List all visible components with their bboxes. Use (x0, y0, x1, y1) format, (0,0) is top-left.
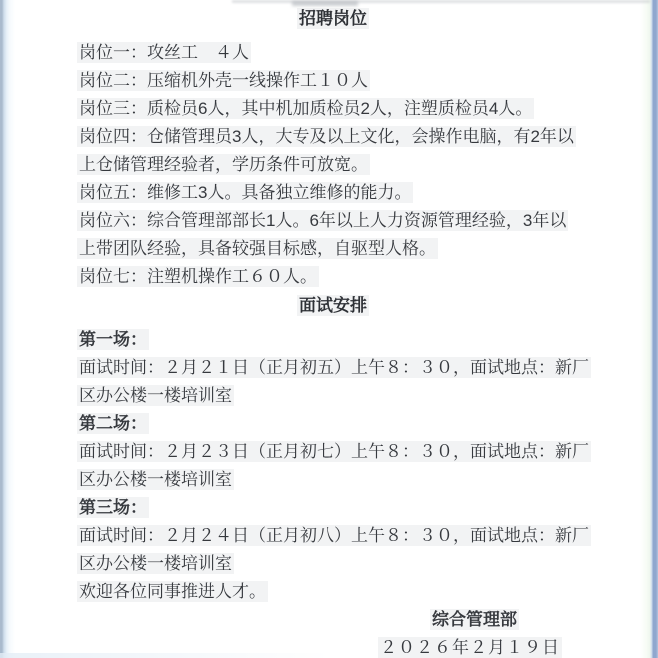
text-line-text: 岗位三：质检员6人，其中机加质检员2人，注塑质检员4人。 (77, 98, 534, 119)
text-line-text: 岗位二：压缩机外壳一线操作工１０人 (77, 70, 370, 91)
notice-document: 招聘岗位岗位一：攻丝工 ４人岗位二：压缩机外壳一线操作工１０人岗位三：质检员6人… (77, 4, 589, 658)
text-line-text: 岗位六：综合管理部部长1人。6年以上人力资源管理经验，3年以 (77, 210, 568, 231)
text-line-text: 区办公楼一楼培训室 (77, 385, 234, 406)
text-line-text: 岗位五：维修工3人。具备独立维修的能力。 (77, 182, 413, 203)
notice-screenshot: 招聘岗位岗位一：攻丝工 ４人岗位二：压缩机外壳一线操作工１０人岗位三：质检员6人… (0, 0, 658, 658)
text-line: 面试时间：２月２３日（正月初七）上午８：３０，面试地点：新厂 (77, 438, 589, 466)
text-line-text: 区办公楼一楼培训室 (77, 469, 234, 490)
text-line-text: 岗位七：注塑机操作工６０人。 (77, 266, 319, 287)
text-line-text: 面试时间：２月２１日（正月初五）上午８：３０，面试地点：新厂 (77, 357, 591, 378)
text-line-text: 岗位四：仓储管理员3人，大专及以上文化，会操作电脑，有2年以 (77, 126, 576, 147)
section-heading: 面试安排 (77, 291, 589, 321)
signature-date-text: ２０２６年２月１９日 (378, 637, 562, 658)
page-right-edge (640, 0, 658, 658)
text-line: 区办公楼一楼培训室 (77, 550, 589, 578)
text-line: 欢迎各位同事推进人才。 (77, 578, 589, 606)
section-heading: 招聘岗位 (77, 4, 589, 34)
section-heading-text: 面试安排 (297, 295, 369, 316)
text-line: 岗位六：综合管理部部长1人。6年以上人力资源管理经验，3年以 (77, 207, 589, 235)
session-label-text: 第一场： (77, 329, 149, 350)
text-line: 上仓储管理经验者，学历条件可放宽。 (77, 151, 589, 179)
text-line-text: 欢迎各位同事推进人才。 (77, 581, 268, 602)
session-label: 第一场： (77, 326, 589, 354)
text-line: 岗位三：质检员6人，其中机加质检员2人，注塑质检员4人。 (77, 95, 589, 123)
text-line-text: 上带团队经验，具备较强目标感，自驱型人格。 (77, 238, 438, 259)
page-left-edge (0, 0, 15, 658)
text-line: 岗位一：攻丝工 ４人 (77, 39, 589, 67)
text-line: 岗位四：仓储管理员3人，大专及以上文化，会操作电脑，有2年以 (77, 123, 589, 151)
text-line: 岗位二：压缩机外壳一线操作工１０人 (77, 67, 589, 95)
text-line: 岗位五：维修工3人。具备独立维修的能力。 (77, 179, 589, 207)
session-label-text: 第二场： (77, 413, 149, 434)
text-line: 面试时间：２月２１日（正月初五）上午８：３０，面试地点：新厂 (77, 354, 589, 382)
text-line: 上带团队经验，具备较强目标感，自驱型人格。 (77, 235, 589, 263)
text-line: 面试时间：２月２４日（正月初八）上午８：３０，面试地点：新厂 (77, 522, 589, 550)
text-line: 区办公楼一楼培训室 (77, 466, 589, 494)
text-line-text: 区办公楼一楼培训室 (77, 553, 234, 574)
text-line-text: 面试时间：２月２４日（正月初八）上午８：３０，面试地点：新厂 (77, 525, 591, 546)
session-label: 第三场： (77, 494, 589, 522)
signature-dept: 综合管理部 (77, 606, 589, 634)
text-line-text: 岗位一：攻丝工 ４人 (77, 42, 251, 63)
text-line-text: 面试时间：２月２３日（正月初七）上午８：３０，面试地点：新厂 (77, 441, 591, 462)
session-label: 第二场： (77, 410, 589, 438)
section-heading-text: 招聘岗位 (297, 8, 369, 29)
text-line-text: 上仓储管理经验者，学历条件可放宽。 (77, 154, 370, 175)
signature-dept-text: 综合管理部 (430, 609, 519, 630)
text-line: 岗位七：注塑机操作工６０人。 (77, 263, 589, 291)
text-line: 区办公楼一楼培训室 (77, 382, 589, 410)
session-label-text: 第三场： (77, 497, 149, 518)
signature-date: ２０２６年２月１９日 (77, 634, 589, 658)
